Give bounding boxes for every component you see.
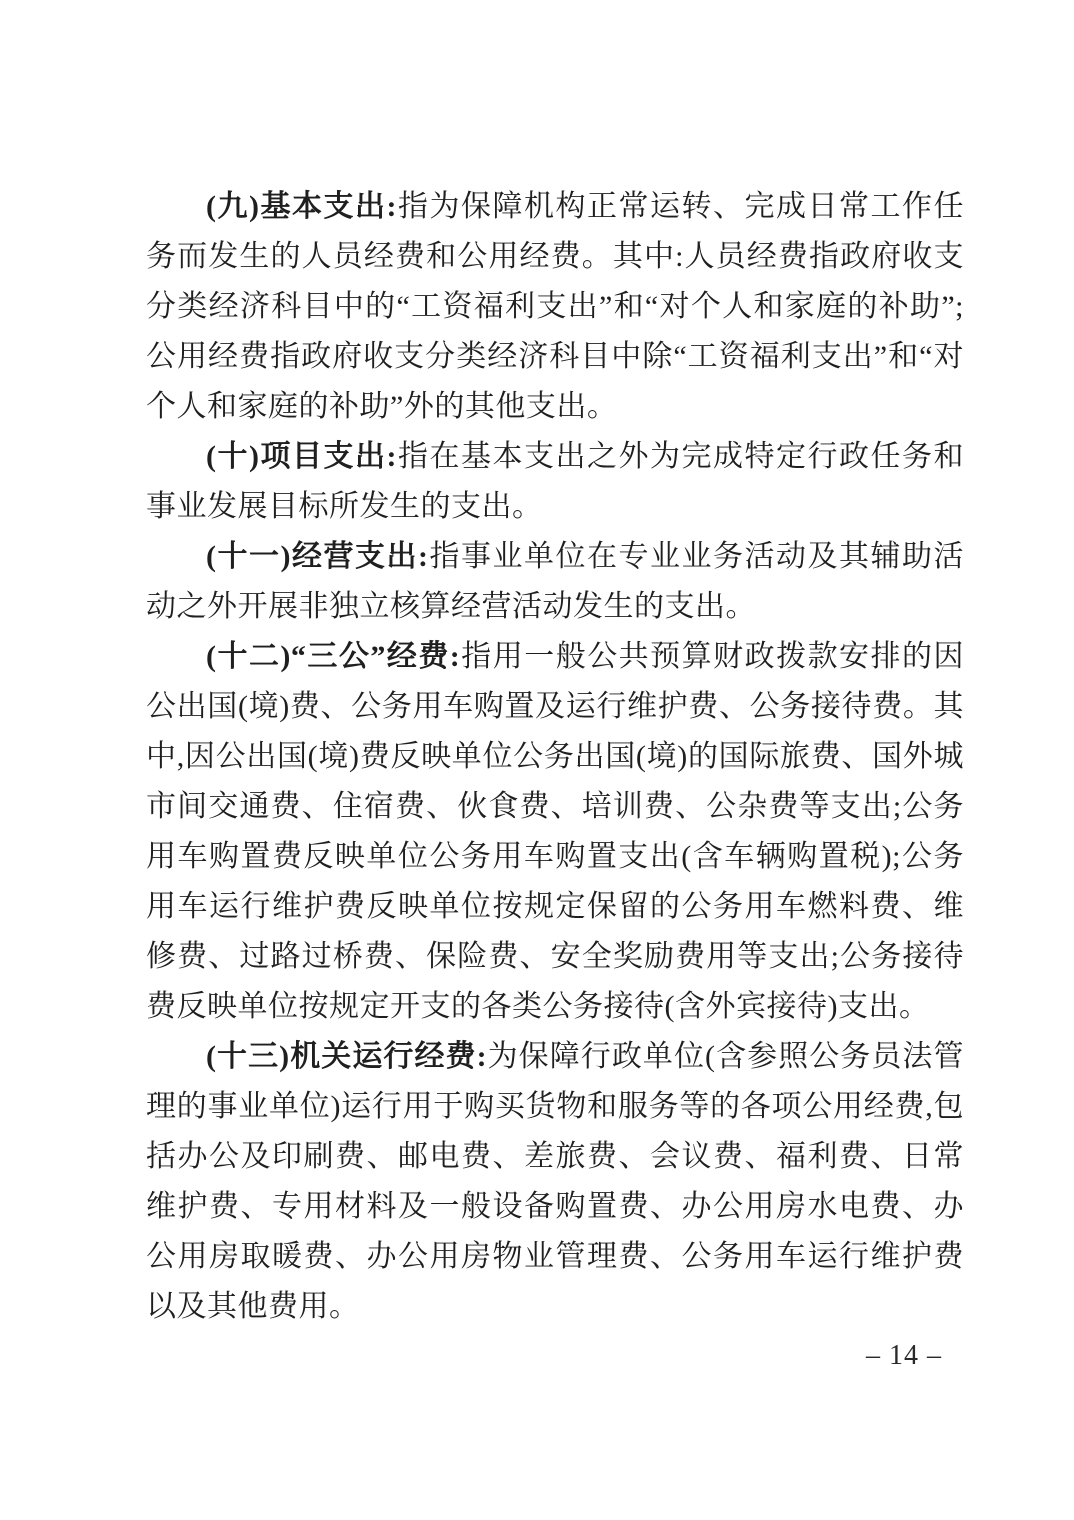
term-operating-expenditure: (十一)经营支出:	[206, 540, 428, 573]
definition-paragraph-basic-expenditure: (九)基本支出:指为保障机构正常运转、完成日常工作任务而发生的人员经费和公用经费…	[146, 182, 964, 432]
definition-paragraph-three-public-funds: (十二)“三公”经费:指用一般公共预算财政拨款安排的因公出国(境)费、公务用车购…	[146, 632, 964, 1032]
definition-paragraph-project-expenditure: (十)项目支出:指在基本支出之外为完成特定行政任务和事业发展目标所发生的支出。	[146, 432, 964, 532]
definition-text-basic-expenditure: 指为保障机构正常运转、完成日常工作任务而发生的人员经费和公用经费。其中:人员经费…	[146, 190, 964, 423]
definition-text-three-public-funds: 指用一般公共预算财政拨款安排的因公出国(境)费、公务用车购置及运行维护费、公务接…	[146, 640, 964, 1023]
term-basic-expenditure: (九)基本支出:	[206, 190, 397, 223]
term-three-public-funds: (十二)“三公”经费:	[206, 640, 460, 673]
definition-text-agency-operating-funds: 为保障行政单位(含参照公务员法管理的事业单位)运行用于购买货物和服务等的各项公用…	[146, 1040, 964, 1323]
document-body: (九)基本支出:指为保障机构正常运转、完成日常工作任务而发生的人员经费和公用经费…	[146, 182, 964, 1332]
term-project-expenditure: (十)项目支出:	[206, 440, 397, 473]
definition-paragraph-operating-expenditure: (十一)经营支出:指事业单位在专业业务活动及其辅助活动之外开展非独立核算经营活动…	[146, 532, 964, 632]
page-number: – 14 –	[866, 1340, 942, 1372]
document-page: (九)基本支出:指为保障机构正常运转、完成日常工作任务而发生的人员经费和公用经费…	[0, 0, 1074, 1520]
term-agency-operating-funds: (十三)机关运行经费:	[206, 1040, 487, 1073]
definition-paragraph-agency-operating-funds: (十三)机关运行经费:为保障行政单位(含参照公务员法管理的事业单位)运行用于购买…	[146, 1032, 964, 1332]
